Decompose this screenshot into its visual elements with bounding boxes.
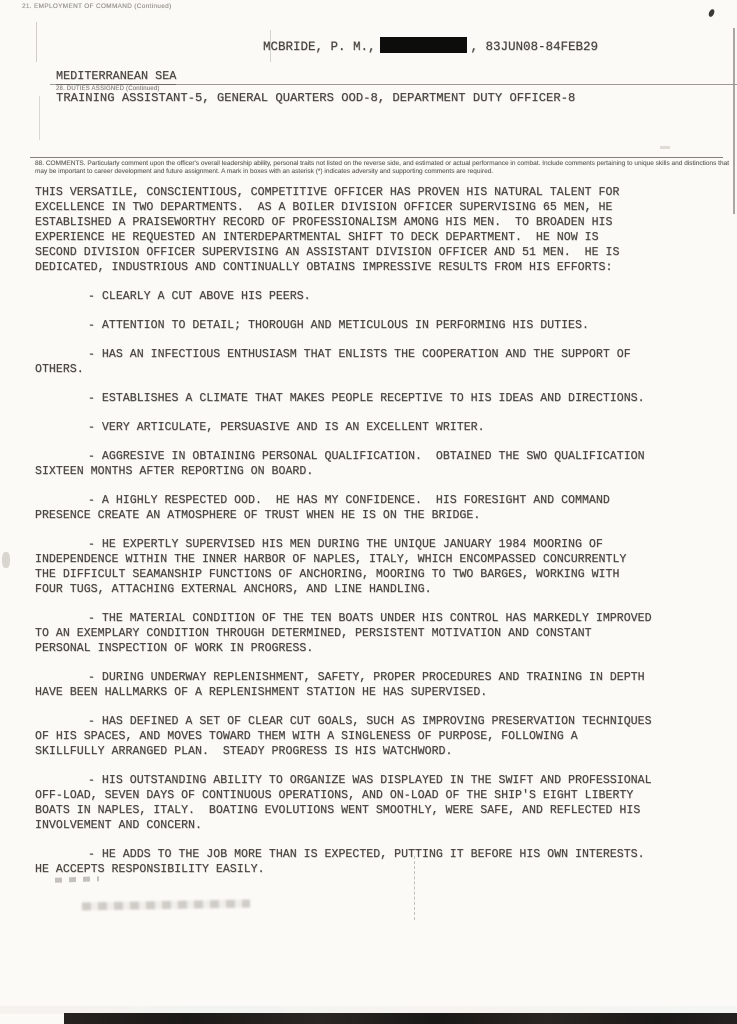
crease-line bbox=[39, 96, 40, 140]
scanned-fitness-report-page: 21. EMPLOYMENT OF COMMAND (Continued) MC… bbox=[0, 0, 737, 1024]
comment-bullet: - A HIGHLY RESPECTED OOD. HE HAS MY CONF… bbox=[35, 493, 709, 523]
scan-edge-bar bbox=[64, 1013, 737, 1024]
form-section-88-instructions: 88. COMMENTS. Particularly comment upon … bbox=[35, 160, 729, 176]
crease-line bbox=[36, 22, 37, 62]
comments-opening-paragraph: THIS VERSATILE, CONSCIENTIOUS, COMPETITI… bbox=[35, 185, 709, 275]
comment-bullet: - ATTENTION TO DETAIL; THOROUGH AND METI… bbox=[35, 318, 709, 333]
comment-bullet: - HE ADDS TO THE JOB MORE THAN IS EXPECT… bbox=[35, 847, 709, 877]
pencil-mark bbox=[55, 876, 99, 883]
duties-assigned-line: TRAINING ASSISTANT-5, GENERAL QUARTERS O… bbox=[56, 91, 575, 105]
crease-dash-line bbox=[414, 856, 416, 920]
comment-bullet: - VERY ARTICULATE, PERSUASIVE AND IS AN … bbox=[35, 420, 709, 435]
comment-bullet: - HE EXPERTLY SUPERVISED HIS MEN DURING … bbox=[35, 537, 709, 597]
form-section-21-label: 21. EMPLOYMENT OF COMMAND (Continued) bbox=[22, 3, 172, 10]
officer-identification-line: MCBRIDE, P. M.,, 83JUN08-84FEB29 bbox=[263, 37, 598, 54]
page-edge-line bbox=[733, 28, 735, 214]
form-rule-comments bbox=[30, 157, 723, 158]
faded-stamp-smudge bbox=[82, 900, 250, 911]
comment-bullet: - DURING UNDERWAY REPLENISHMENT, SAFETY,… bbox=[35, 670, 709, 700]
scan-speck bbox=[660, 146, 670, 149]
comment-bullet: - THE MATERIAL CONDITION OF THE TEN BOAT… bbox=[35, 611, 709, 656]
officer-name: MCBRIDE, P. M., bbox=[263, 40, 376, 54]
ink-speck bbox=[708, 8, 715, 17]
scan-blob bbox=[2, 552, 10, 568]
comments-body: THIS VERSATILE, CONSCIENTIOUS, COMPETITI… bbox=[35, 185, 709, 877]
employment-location: MEDITERRANEAN SEA bbox=[56, 69, 176, 85]
crease-line bbox=[270, 30, 271, 62]
comment-bullet: - HAS AN INFECTIOUS ENTHUSIASM THAT ENLI… bbox=[35, 347, 709, 377]
comment-bullet: - HAS DEFINED A SET OF CLEAR CUT GOALS, … bbox=[35, 714, 709, 759]
comment-bullet: - AGGRESIVE IN OBTAINING PERSONAL QUALIF… bbox=[35, 449, 709, 479]
comment-bullet: - CLEARLY A CUT ABOVE HIS PEERS. bbox=[35, 289, 709, 304]
report-period: , 83JUN08-84FEB29 bbox=[471, 40, 599, 54]
redaction-box bbox=[380, 37, 467, 53]
comment-bullet: - HIS OUTSTANDING ABILITY TO ORGANIZE WA… bbox=[35, 773, 709, 833]
comment-bullet: - ESTABLISHES A CLIMATE THAT MAKES PEOPL… bbox=[35, 391, 709, 406]
